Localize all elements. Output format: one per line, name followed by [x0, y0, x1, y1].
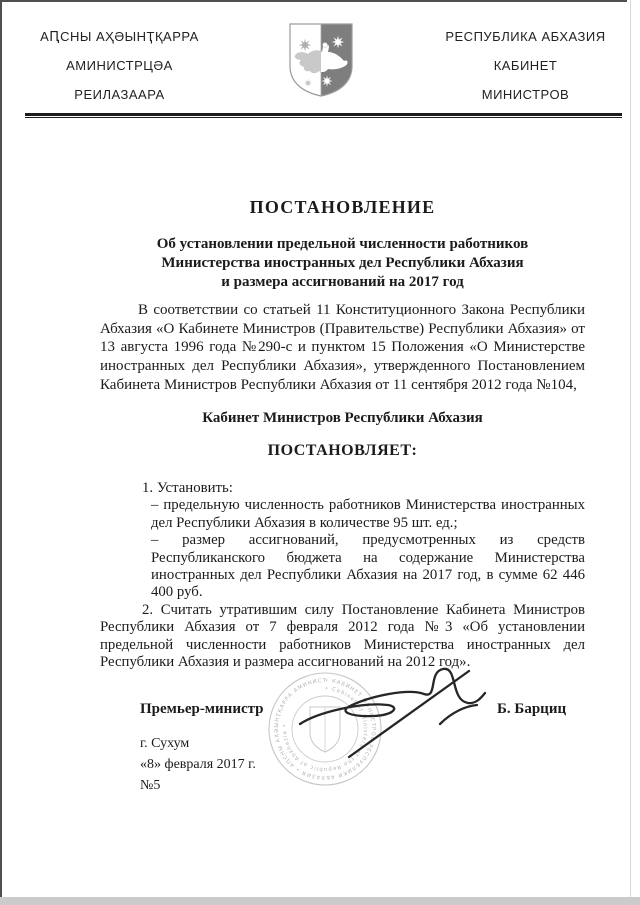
- document-title: ПОСТАНОВЛЕНИЕ: [100, 197, 585, 218]
- signer-name: Б. Барциц: [497, 701, 566, 718]
- item-1-number: 1.: [142, 480, 153, 496]
- date-line: «8» февраля 2017 г.: [140, 757, 256, 773]
- scan-edge-top: [0, 0, 627, 2]
- subtitle-line2: Министерства иностранных дел Республики …: [100, 254, 585, 273]
- item-1-subitem-1: – предельную численность работников Мини…: [151, 497, 585, 532]
- letterhead-abkhaz-line1: АԤСНЫ АҲӘЫНҬҚАРРА: [32, 22, 207, 51]
- letterhead-abkhaz-line2: АМИНИСТРЦӘА: [32, 51, 207, 80]
- resolution-list: 1. Установить: – предельную численность …: [100, 480, 585, 671]
- document-page: АԤСНЫ АҲӘЫНҬҚАРРА АМИНИСТРЦӘА РЕИЛАЗААРА…: [0, 0, 640, 905]
- scan-edge-right: [630, 0, 631, 905]
- letterhead-russian: РЕСПУБЛИКА АБХАЗИЯ КАБИНЕТ МИНИСТРОВ: [438, 22, 613, 109]
- item-1-subitem-2: – размер ассигнований, предусмотренных и…: [151, 532, 585, 602]
- round-stamp: • КАБИНЕТ МИНИСТРОВ РЕСПУБЛИКИ АБХАЗИЯ •…: [250, 650, 381, 785]
- place-line: г. Сухум: [140, 736, 189, 752]
- letterhead-russian-line3: МИНИСТРОВ: [438, 80, 613, 109]
- subtitle-line3: и размера ассигнований на 2017 год: [100, 273, 585, 292]
- document-subtitle: Об установлении предельной численности р…: [100, 235, 585, 292]
- preamble-paragraph: В соответствии со статьей 11 Конституцио…: [100, 301, 585, 395]
- item-1-text: Установить:: [157, 480, 233, 496]
- stamp-and-signature: • КАБИНЕТ МИНИСТРОВ РЕСПУБЛИКИ АБХАЗИЯ •…: [250, 650, 500, 790]
- letterhead-abkhaz-line3: РЕИЛАЗААРА: [32, 80, 207, 109]
- authority-line: Кабинет Министров Республики Абхазия: [100, 410, 585, 427]
- document-number: №5: [140, 778, 160, 794]
- letterhead-russian-line2: КАБИНЕТ: [438, 51, 613, 80]
- scan-edge-bottom: [0, 897, 640, 905]
- subtitle-line1: Об установлении предельной численности р…: [100, 235, 585, 254]
- item-2-number: 2.: [142, 602, 153, 618]
- decree-word: ПОСТАНОВЛЯЕТ:: [100, 442, 585, 460]
- header-divider: [25, 113, 622, 118]
- letterhead-russian-line1: РЕСПУБЛИКА АБХАЗИЯ: [438, 22, 613, 51]
- item-1-heading: 1. Установить:: [142, 480, 585, 497]
- scan-edge-left: [0, 0, 2, 897]
- coat-of-arms-icon: [280, 15, 370, 105]
- signer-position: Премьер-министр: [140, 701, 264, 718]
- letterhead-abkhaz: АԤСНЫ АҲӘЫНҬҚАРРА АМИНИСТРЦӘА РЕИЛАЗААРА: [32, 22, 207, 109]
